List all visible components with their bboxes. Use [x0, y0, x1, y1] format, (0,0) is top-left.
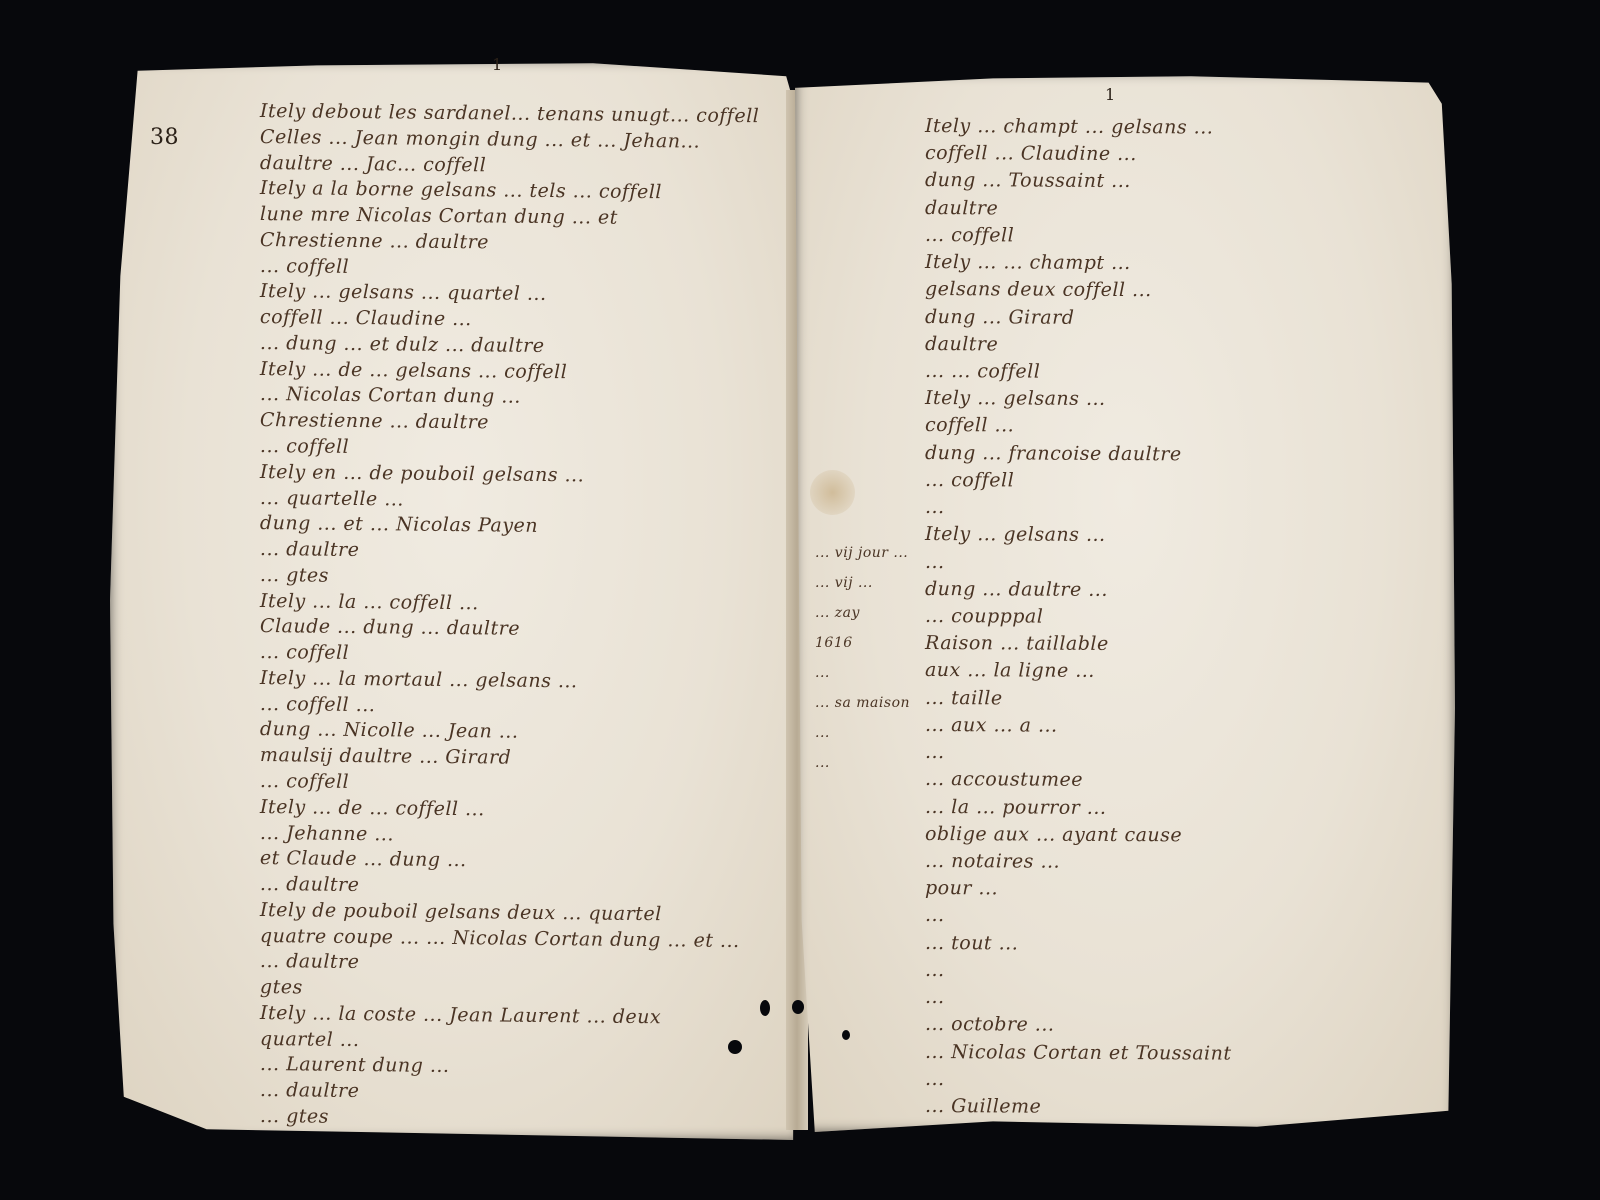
handwritten-line: ... sa maison	[815, 695, 910, 711]
handwritten-line: ...	[815, 755, 830, 771]
handwritten-line: Celles ... Jean mongin dung ... et ... J…	[260, 126, 700, 153]
handwritten-line: Itely ... la mortaul ... gelsans ...	[260, 667, 578, 692]
worm-hole	[728, 1040, 742, 1054]
handwritten-line: ... aux ... a ...	[925, 714, 1058, 737]
right-top-mark: 1	[1105, 85, 1116, 104]
folio-number: 38	[150, 125, 179, 150]
handwritten-line: ...	[925, 959, 945, 981]
worm-hole	[842, 1030, 850, 1040]
handwritten-line: Chrestienne ... daultre	[260, 409, 489, 433]
handwritten-line: Itely ... ... champt ...	[925, 251, 1131, 274]
handwritten-line: ... Jehanne ...	[260, 822, 394, 845]
handwritten-line: ... zay	[815, 605, 860, 621]
handwritten-line: Itely ... de ... coffell ...	[260, 796, 485, 820]
handwritten-line: ...	[925, 1068, 945, 1090]
handwritten-line: ... daultre	[260, 1079, 360, 1102]
handwritten-line: ... gtes	[260, 564, 329, 587]
handwritten-line: pour ...	[925, 877, 998, 899]
handwritten-line: ... daultre	[260, 538, 360, 561]
handwritten-line: ... coffell	[260, 770, 349, 793]
handwritten-line: ... Nicolas Cortan et Toussaint	[925, 1041, 1232, 1065]
handwritten-line: ...	[925, 904, 945, 926]
handwritten-line: ... vij jour ...	[815, 545, 908, 561]
handwritten-line: ... quartelle ...	[260, 487, 404, 511]
handwritten-line: dung ... et ... Nicolas Payen	[260, 512, 538, 537]
handwritten-line: ...	[925, 741, 945, 763]
handwritten-line: Chrestienne ... daultre	[260, 229, 489, 253]
handwritten-line: ... ... coffell	[925, 360, 1040, 383]
handwritten-line: Itely ... gelsans ... quartel ...	[260, 280, 547, 305]
handwritten-line: ... dung ... et dulz ... daultre	[260, 332, 545, 357]
worm-hole	[760, 1000, 770, 1016]
handwritten-line: ...	[925, 551, 945, 573]
handwritten-line: coffell ... Claudine ...	[925, 142, 1137, 165]
handwritten-line: ... la ... pourror ...	[925, 796, 1107, 819]
handwritten-line: ... tout ...	[925, 932, 1018, 954]
handwritten-line: Itely ... champt ... gelsans ...	[925, 115, 1213, 139]
left-top-mark: 1	[492, 55, 503, 74]
handwritten-line: ... daultre	[260, 950, 360, 973]
handwritten-line: dung ... Toussaint ...	[925, 169, 1131, 192]
handwritten-line: coffell ... Claudine ...	[260, 306, 472, 330]
handwritten-line: ...	[925, 496, 945, 518]
handwritten-line: quatre coupe ... ... Nicolas Cortan dung…	[260, 925, 740, 952]
handwritten-line: ... daultre	[260, 873, 360, 896]
handwritten-line: oblige aux ... ayant cause	[925, 823, 1182, 846]
handwritten-line: dung ... francoise daultre	[925, 442, 1182, 465]
handwritten-line: Itely en ... de pouboil gelsans ...	[260, 461, 584, 486]
handwritten-line: ... coffell ...	[260, 693, 376, 716]
handwritten-line: daultre	[925, 333, 998, 355]
handwritten-line: ... vij ...	[815, 575, 873, 591]
handwritten-line: ... Guilleme	[925, 1095, 1041, 1118]
handwritten-line: gelsans deux coffell ...	[925, 278, 1152, 301]
handwritten-line: ... coupppal	[925, 605, 1043, 628]
handwritten-line: ... Laurent dung ...	[260, 1053, 450, 1077]
paper-stain	[810, 470, 855, 515]
handwritten-line: ... gtes	[260, 1105, 329, 1128]
handwritten-line: ... accoustumee	[925, 768, 1083, 791]
handwritten-line: maulsij daultre ... Girard	[260, 744, 512, 769]
handwritten-line: dung ... Girard	[925, 306, 1075, 329]
handwritten-line: quartel ...	[260, 1028, 360, 1051]
worm-hole	[792, 1000, 804, 1014]
handwritten-line: ... octobre ...	[925, 1013, 1055, 1036]
handwritten-line: Itely ... la coste ... Jean Laurent ... …	[260, 1002, 661, 1028]
handwritten-line: Itely ... de ... gelsans ... coffell	[260, 358, 568, 383]
handwritten-line: Claude ... dung ... daultre	[260, 615, 520, 640]
handwritten-line: coffell ...	[925, 414, 1014, 436]
handwritten-line: ...	[815, 725, 830, 741]
handwritten-line: Itely a la borne gelsans ... tels ... co…	[260, 177, 662, 203]
handwritten-line: ... taille	[925, 687, 1003, 709]
handwritten-line: dung ... Nicolle ... Jean ...	[260, 718, 519, 743]
handwritten-line: Itely ... gelsans ...	[925, 387, 1106, 410]
handwritten-line: Itely ... gelsans ...	[925, 523, 1106, 546]
handwritten-line: daultre	[925, 197, 998, 219]
handwritten-line: daultre ... Jac... coffell	[260, 152, 486, 176]
handwritten-line: ... coffell	[260, 641, 349, 664]
handwritten-line: ... notaires ...	[925, 850, 1060, 873]
handwritten-line: ... coffell	[260, 255, 349, 278]
handwritten-line: lune mre Nicolas Cortan dung ... et	[260, 203, 618, 229]
handwritten-line: ... coffell	[925, 224, 1014, 246]
handwritten-line: Raison ... taillable	[925, 632, 1109, 655]
handwritten-line: Itely de pouboil gelsans deux ... quarte…	[260, 899, 662, 925]
handwritten-line: Itely ... la ... coffell ...	[260, 590, 479, 614]
handwritten-line: aux ... la ligne ...	[925, 659, 1095, 682]
handwritten-line: ...	[925, 986, 945, 1008]
handwritten-line: ... coffell	[260, 435, 349, 458]
handwritten-line: 1616	[815, 635, 853, 651]
handwritten-line: gtes	[260, 976, 303, 998]
right-page	[795, 72, 1455, 1132]
handwritten-line: dung ... daultre ...	[925, 578, 1108, 601]
handwritten-line: ... Nicolas Cortan dung ...	[260, 383, 521, 408]
handwritten-line: et Claude ... dung ...	[260, 847, 467, 871]
handwritten-line: ...	[815, 665, 830, 681]
handwritten-line: ... coffell	[925, 469, 1014, 491]
